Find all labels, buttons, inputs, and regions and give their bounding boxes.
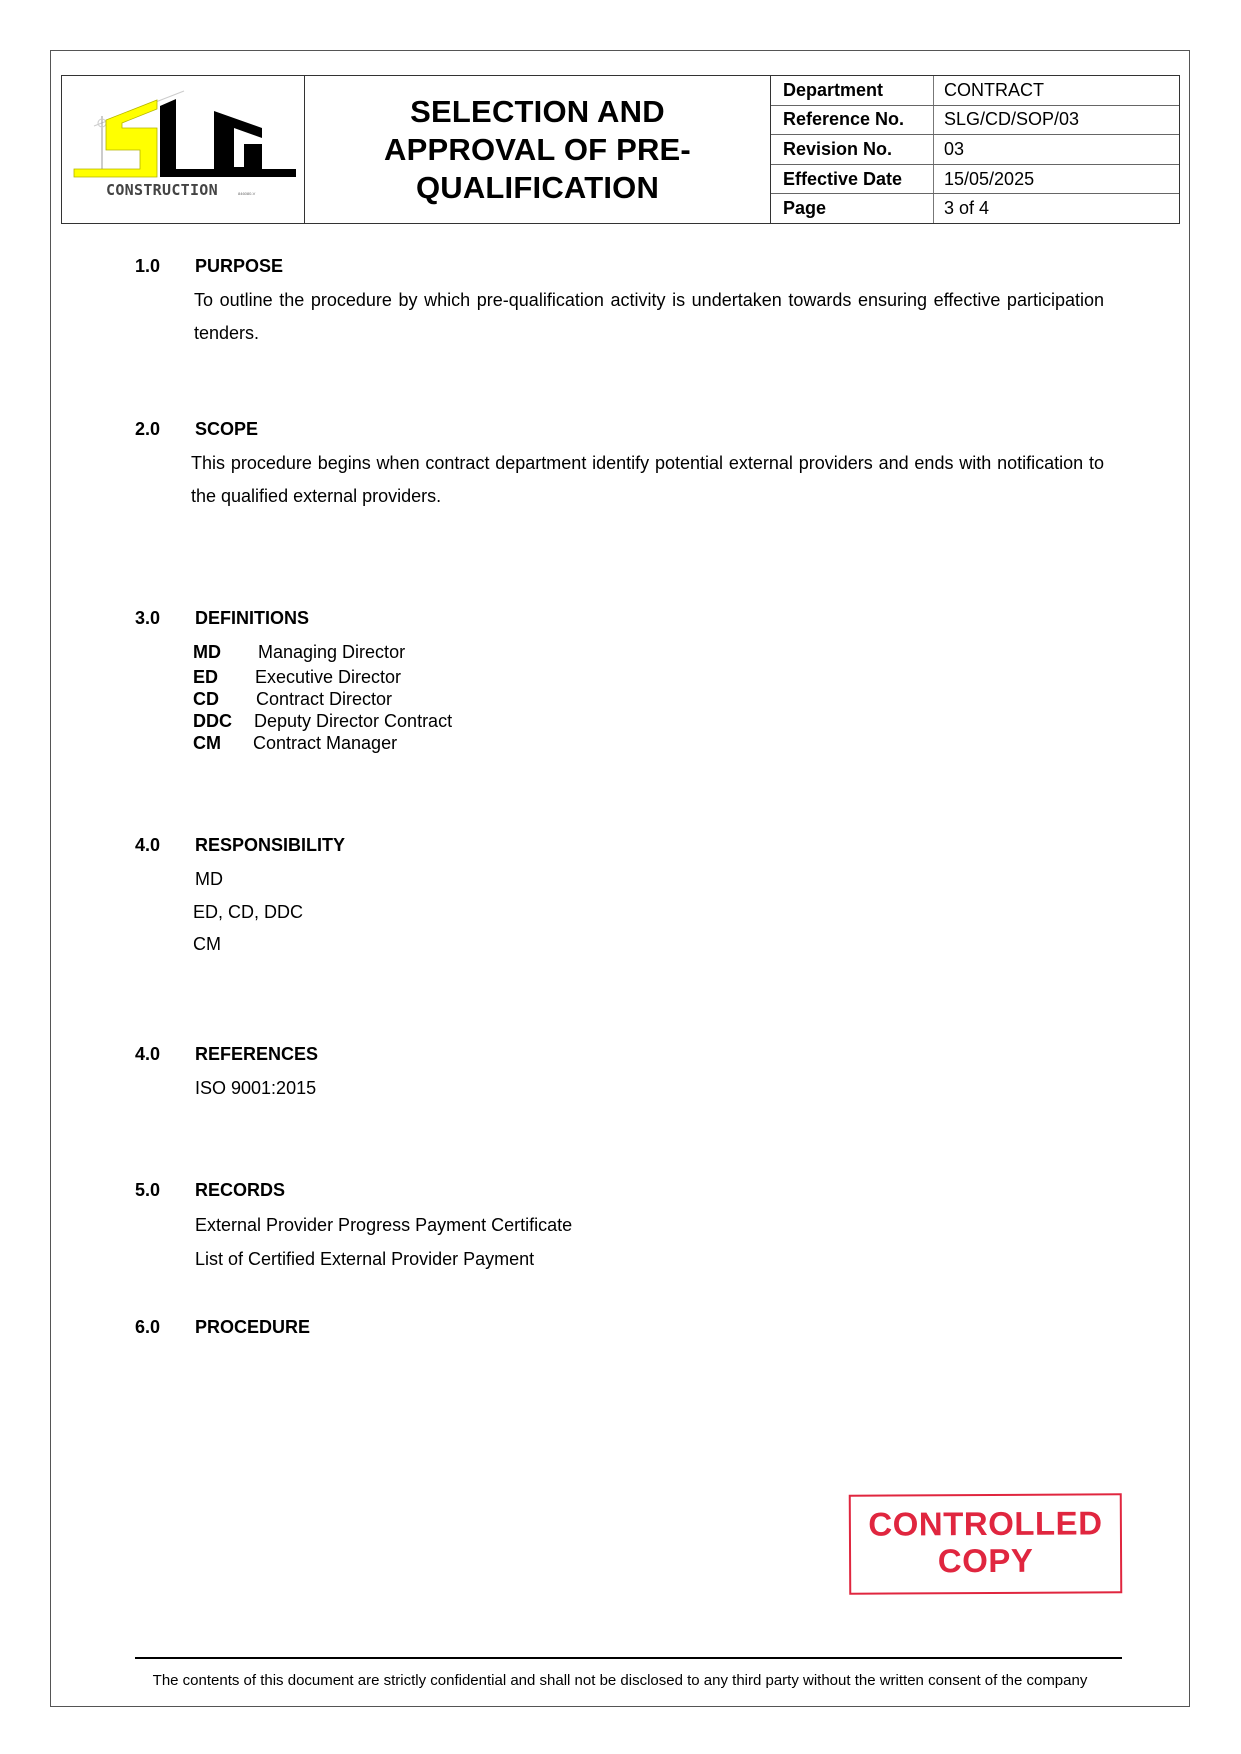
section-number: 5.0 <box>135 1180 160 1201</box>
definition-meaning: Deputy Director Contract <box>254 711 452 732</box>
company-logo: CONSTRUCTION 846080-V <box>62 76 305 223</box>
responsibility-item: MD <box>195 869 223 890</box>
reference-item: ISO 9001:2015 <box>195 1078 316 1099</box>
document-meta-table: Department CONTRACT Reference No. SLG/CD… <box>771 76 1179 223</box>
meta-label: Page <box>771 194 934 223</box>
meta-row-effective-date: Effective Date 15/05/2025 <box>771 165 1179 195</box>
section-number: 1.0 <box>135 256 160 277</box>
slg-logo-icon: CONSTRUCTION 846080-V <box>62 76 305 222</box>
meta-value: 3 of 4 <box>934 194 1179 223</box>
section-number: 2.0 <box>135 419 160 440</box>
responsibility-item: CM <box>193 934 221 955</box>
definition-meaning: Contract Manager <box>253 733 397 754</box>
svg-text:846080-V: 846080-V <box>238 191 256 196</box>
meta-row-revision: Revision No. 03 <box>771 135 1179 165</box>
section-paragraph: To outline the procedure by which pre-qu… <box>194 284 1104 350</box>
meta-label: Reference No. <box>771 106 934 135</box>
record-item: External Provider Progress Payment Certi… <box>195 1215 572 1236</box>
meta-row-department: Department CONTRACT <box>771 76 1179 106</box>
meta-row-reference: Reference No. SLG/CD/SOP/03 <box>771 106 1179 136</box>
meta-label: Revision No. <box>771 135 934 164</box>
section-paragraph: This procedure begins when contract depa… <box>191 447 1104 513</box>
definition-abbr: ED <box>193 667 218 688</box>
section-number: 6.0 <box>135 1317 160 1338</box>
record-item: List of Certified External Provider Paym… <box>195 1249 534 1270</box>
section-number: 4.0 <box>135 1044 160 1065</box>
stamp-line: COPY <box>851 1541 1120 1579</box>
document-title-cell: SELECTION AND APPROVAL OF PRE-QUALIFICAT… <box>305 76 771 223</box>
definition-meaning: Managing Director <box>258 642 405 663</box>
definition-abbr: CM <box>193 733 221 754</box>
definition-abbr: CD <box>193 689 219 710</box>
section-heading: DEFINITIONS <box>195 608 309 629</box>
footer-divider <box>135 1657 1122 1659</box>
section-number: 3.0 <box>135 608 160 629</box>
meta-value: CONTRACT <box>934 76 1179 105</box>
section-heading: PROCEDURE <box>195 1317 310 1338</box>
section-heading: PURPOSE <box>195 256 283 277</box>
document-title: SELECTION AND APPROVAL OF PRE-QUALIFICAT… <box>368 93 708 207</box>
section-heading: RECORDS <box>195 1180 285 1201</box>
section-heading: REFERENCES <box>195 1044 318 1065</box>
meta-row-page: Page 3 of 4 <box>771 194 1179 223</box>
definition-abbr: MD <box>193 642 221 663</box>
controlled-copy-stamp: CONTROLLED COPY <box>849 1493 1123 1594</box>
svg-text:CONSTRUCTION: CONSTRUCTION <box>106 181 218 199</box>
meta-value: 15/05/2025 <box>934 165 1179 194</box>
document-header: CONSTRUCTION 846080-V SELECTION AND APPR… <box>61 75 1180 224</box>
meta-label: Department <box>771 76 934 105</box>
definition-abbr: DDC <box>193 711 232 732</box>
meta-value: 03 <box>934 135 1179 164</box>
stamp-line: CONTROLLED <box>851 1504 1120 1542</box>
section-heading: SCOPE <box>195 419 258 440</box>
definition-meaning: Executive Director <box>255 667 401 688</box>
meta-value: SLG/CD/SOP/03 <box>934 106 1179 135</box>
section-heading: RESPONSIBILITY <box>195 835 345 856</box>
responsibility-item: ED, CD, DDC <box>193 902 303 923</box>
meta-label: Effective Date <box>771 165 934 194</box>
section-number: 4.0 <box>135 835 160 856</box>
definition-meaning: Contract Director <box>256 689 392 710</box>
confidentiality-notice: The contents of this document are strict… <box>50 1672 1190 1689</box>
